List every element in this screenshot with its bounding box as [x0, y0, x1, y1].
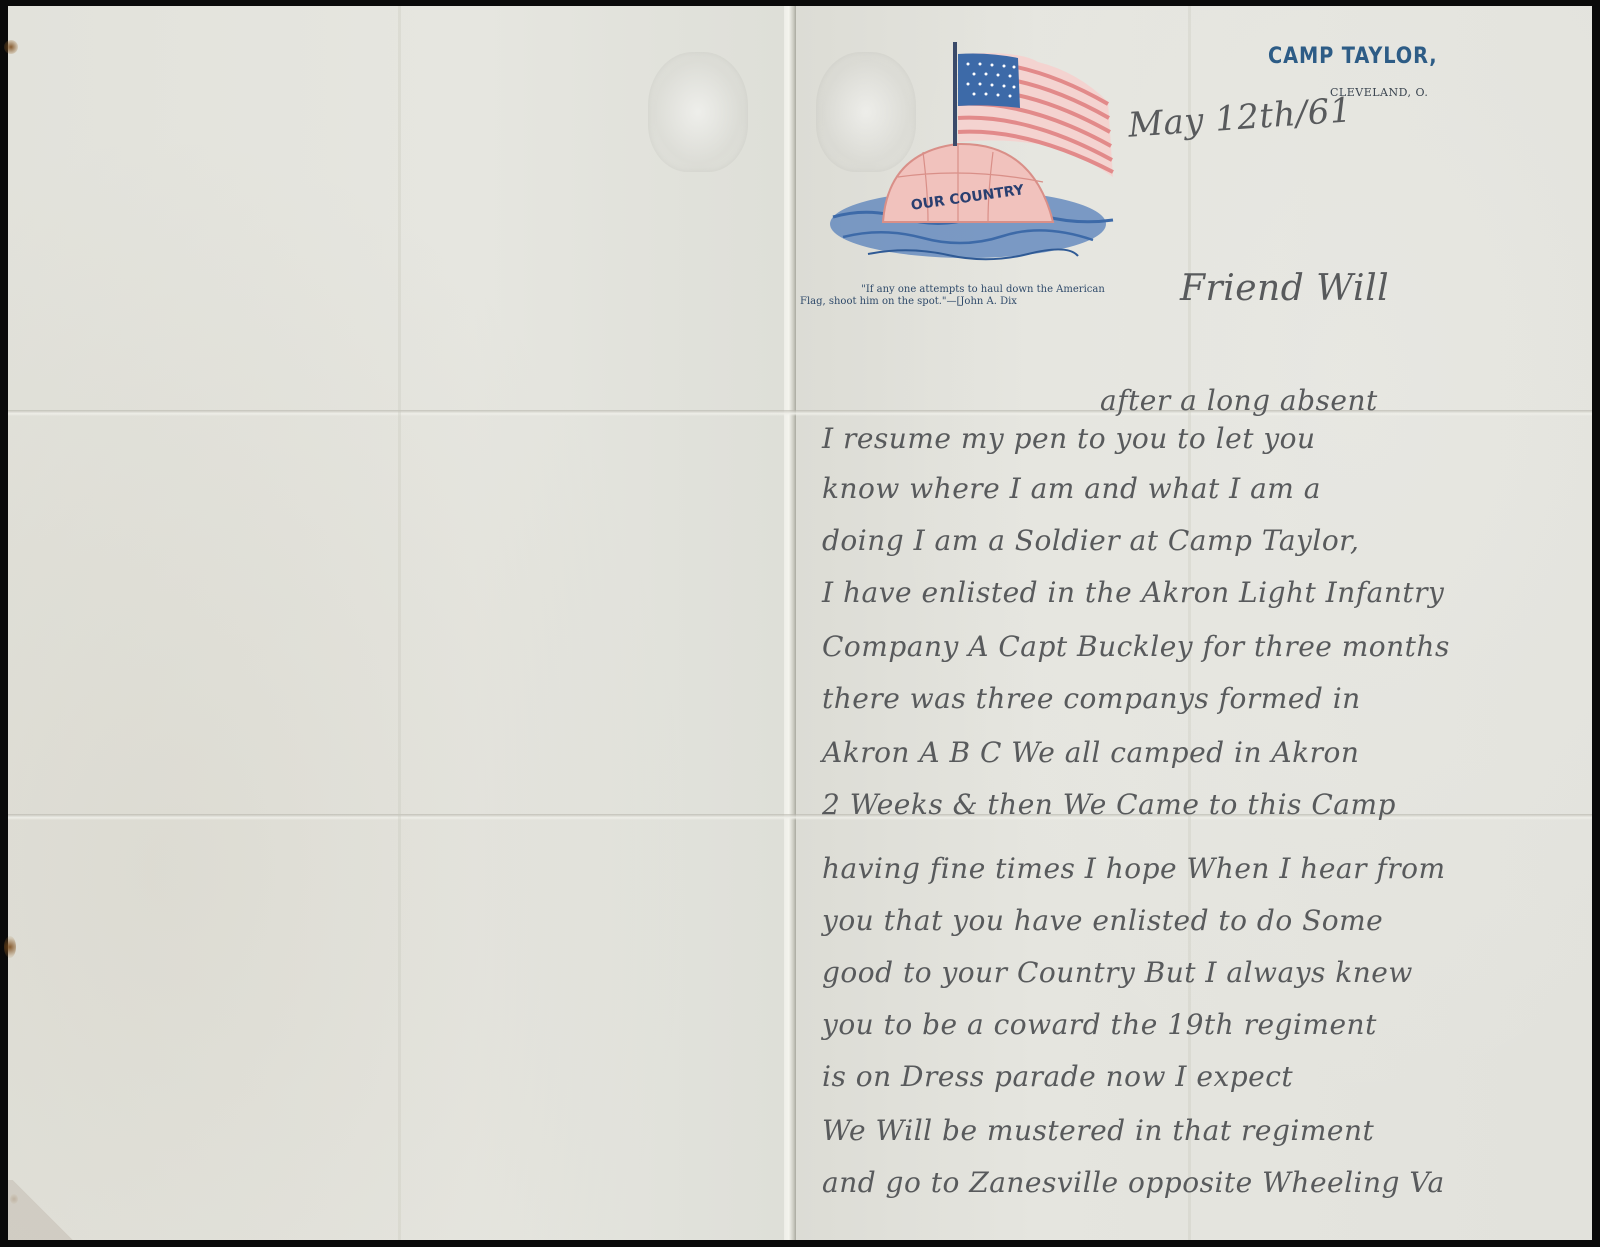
- letter-line: is on Dress parade now I expect: [822, 1060, 1293, 1093]
- vertical-crease: [398, 6, 401, 1240]
- letter-line: good to your Country But I always knew: [822, 956, 1413, 989]
- letter-line: you to be a coward the 19th regiment: [822, 1008, 1377, 1041]
- letter-line: after a long absent: [1100, 384, 1378, 417]
- embossed-seal-left: [648, 52, 748, 172]
- corner-crease: [8, 1180, 78, 1240]
- letter-line: I resume my pen to you to let you: [822, 422, 1316, 455]
- letterhead-title: CAMP TAYLOR,: [1268, 44, 1438, 69]
- rust-stain: [4, 40, 18, 54]
- globe-icon: [883, 144, 1053, 222]
- patriotic-vignette: OUR COUNTRY: [828, 42, 1118, 272]
- left-page-blank: [8, 6, 784, 1240]
- letter-line: there was three companys formed in: [822, 682, 1361, 715]
- letter-line: doing I am a Soldier at Camp Taylor,: [822, 524, 1359, 557]
- letter-line: Company A Capt Buckley for three months: [822, 630, 1450, 663]
- rust-stain: [4, 936, 16, 958]
- letter-line: 2 Weeks & then We Came to this Camp: [822, 788, 1396, 821]
- letter-line: I have enlisted in the Akron Light Infan…: [822, 576, 1444, 609]
- letterhead-quote: "If any one attempts to haul down the Am…: [798, 284, 1168, 308]
- letter-line: We Will be mustered in that regiment: [822, 1114, 1374, 1147]
- letter-line: you that you have enlisted to do Some: [822, 904, 1383, 937]
- quote-line-2: Flag, shoot him on the spot."—[John A. D…: [798, 296, 1168, 308]
- center-fold: [784, 6, 796, 1240]
- letter-line: having fine times I hope When I hear fro…: [822, 852, 1446, 885]
- letter-line: and go to Zanesville opposite Wheeling V…: [822, 1166, 1445, 1199]
- letter-line: Akron A B C We all camped in Akron: [822, 736, 1359, 769]
- vertical-crease: [1188, 6, 1191, 1240]
- letter-line: know where I am and what I am a: [822, 472, 1321, 505]
- quote-line-1: "If any one attempts to haul down the Am…: [861, 284, 1105, 295]
- letter-sheet: [8, 6, 1592, 1240]
- letter-salutation: Friend Will: [1180, 268, 1389, 309]
